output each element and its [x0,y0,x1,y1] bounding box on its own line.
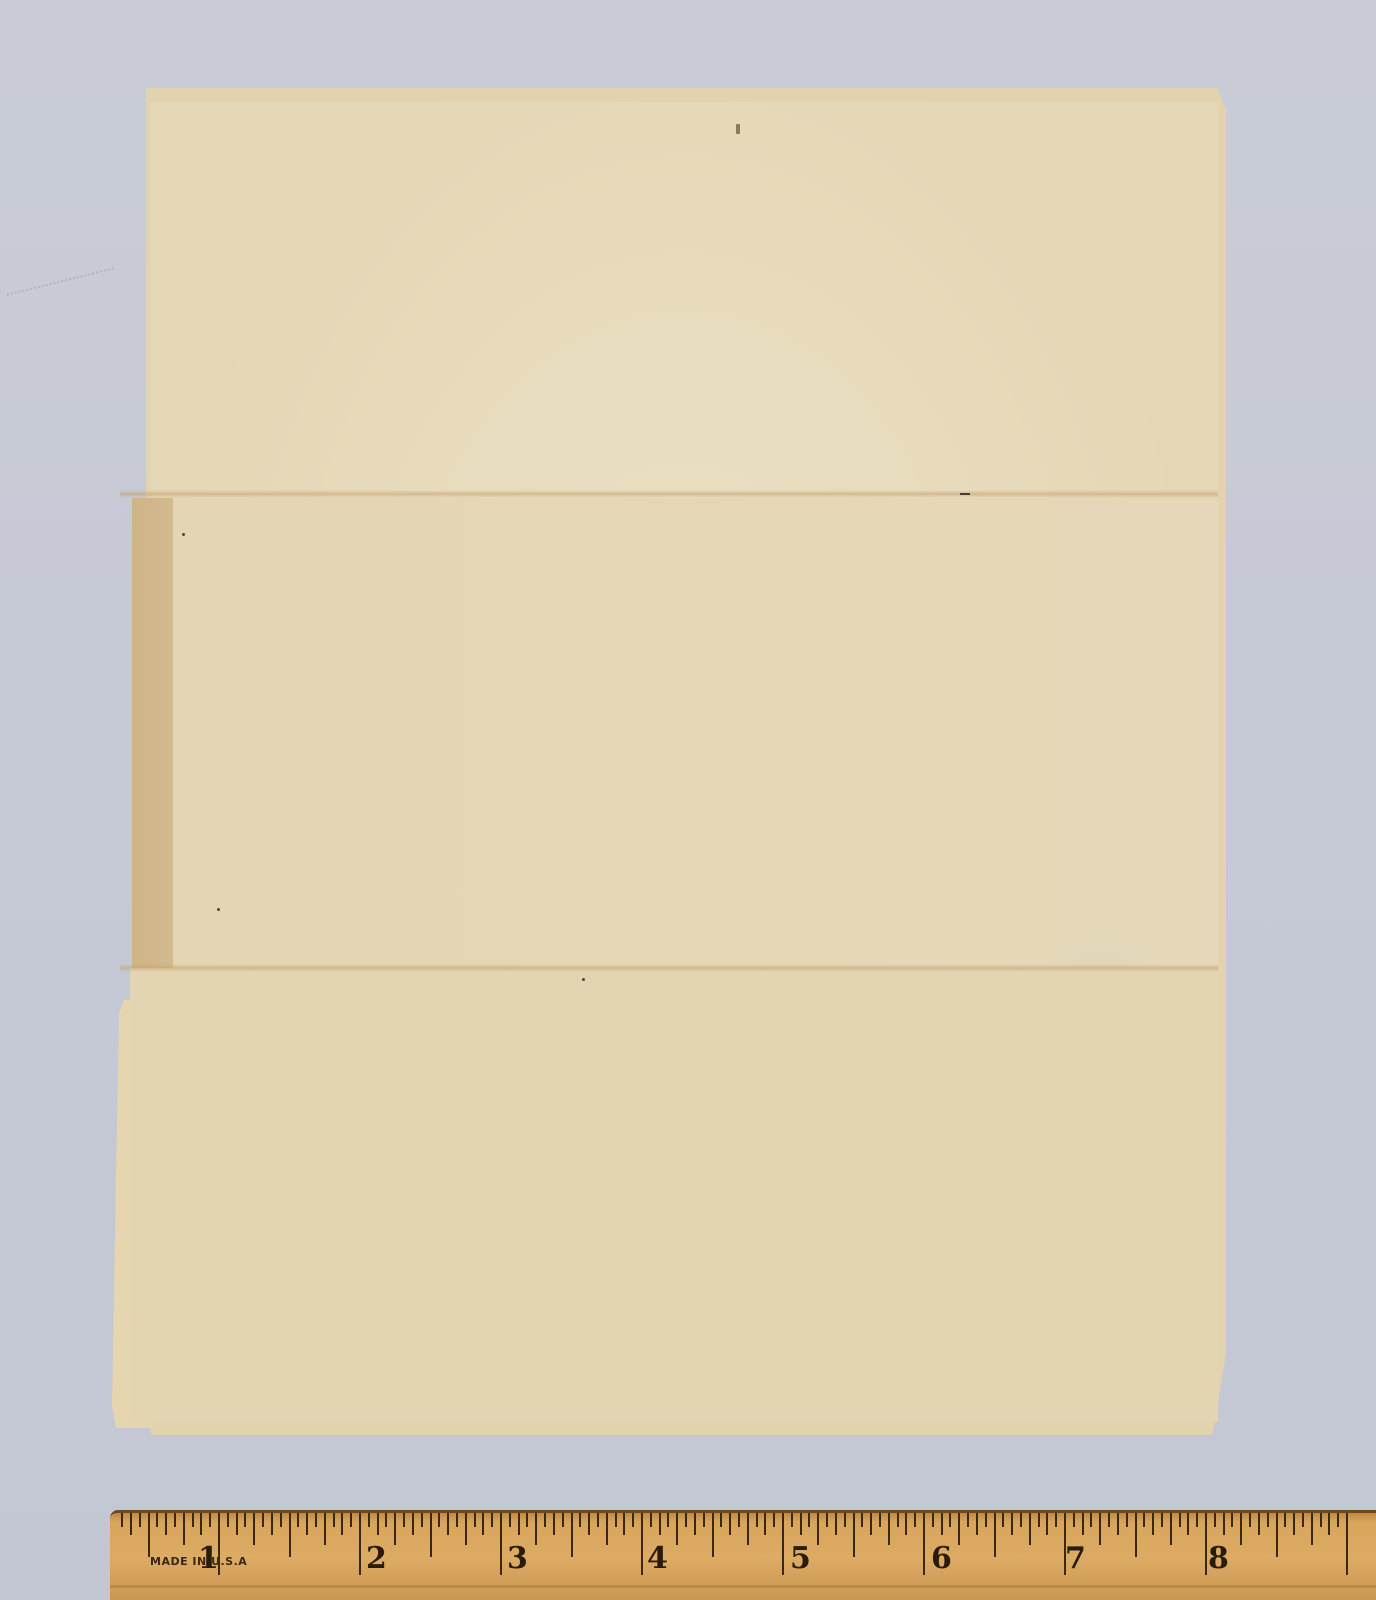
ruler-tick [262,1513,264,1527]
ruler-tick [1223,1513,1225,1535]
ruler-tick [641,1513,643,1575]
ruler-tick [341,1513,343,1535]
ruler-tick [579,1513,581,1527]
ruler-tick [932,1513,934,1527]
ruler-tick [1038,1513,1040,1527]
ruler-tick [1135,1513,1137,1557]
ruler-tick [385,1513,387,1527]
document-panel-middle: Jno. Randolph [132,498,1218,968]
ruler-tick [456,1513,458,1527]
ruler-tick [967,1513,969,1527]
ruler-tick [800,1513,802,1535]
fold-crease-upper [120,490,1218,498]
ruler-tick [888,1513,890,1545]
ruler-tick [526,1513,528,1527]
ruler-tick [729,1513,731,1535]
ruler-tick [1214,1513,1216,1527]
ruler-tick [976,1513,978,1535]
ruler-tick [808,1513,810,1527]
ruler-tick [156,1513,158,1527]
ruler-tick [139,1513,141,1527]
ruler-tick [835,1513,837,1535]
ruler-tick [1249,1513,1251,1527]
ruler-tick [773,1513,775,1527]
ruler-tick [209,1513,211,1527]
document-panel-bottom [130,968,1218,1422]
ruler-tick [1240,1513,1242,1545]
ruler-tick [280,1513,282,1527]
ruler-tick [1011,1513,1013,1535]
ruler-tick [121,1513,123,1527]
ruler-tick [553,1513,555,1535]
ink-speck [582,978,585,981]
ruler-tick [791,1513,793,1527]
ruler-tick [747,1513,749,1545]
ruler-tick [482,1513,484,1535]
ruler-tick [879,1513,881,1527]
ruler-tick [994,1513,996,1557]
ruler-tick [1126,1513,1128,1527]
ruler-tick [1337,1513,1339,1527]
ruler-tick [667,1513,669,1527]
ruler-tick [130,1513,132,1535]
ruler-tick [1284,1513,1286,1527]
ruler-tick [1258,1513,1260,1535]
ruler-tick [853,1513,855,1557]
ruler-tick [1311,1513,1313,1545]
inch-label-7: 7 [1065,1541,1086,1576]
ruler-tick [430,1513,432,1557]
ruler-tick [738,1513,740,1527]
ruler-tick [870,1513,872,1535]
ruler-tick [333,1513,335,1527]
ruler-tick [650,1513,652,1527]
ruler-tick [368,1513,370,1527]
ruler-tick [1002,1513,1004,1527]
ruler-tick [1276,1513,1278,1557]
ruler-tick [447,1513,449,1535]
ruler-tick [500,1513,502,1575]
ruler-tick [1231,1513,1233,1527]
ruler-tick [905,1513,907,1535]
ruler-tick [1020,1513,1022,1527]
crease-mark [960,493,970,495]
ruler-tick [1293,1513,1295,1535]
ruler-tick [861,1513,863,1527]
ruler-tick [1029,1513,1031,1545]
ruler-tick [817,1513,819,1545]
ruler-tick [509,1513,511,1527]
ruler-tick [227,1513,229,1527]
ruler-tick [1090,1513,1092,1527]
wood-grain [110,1585,1376,1588]
ruler-tick [359,1513,361,1575]
ruler-tick [244,1513,246,1527]
ruler-tick [412,1513,414,1535]
ruler-tick [1055,1513,1057,1527]
ruler-tick [941,1513,943,1535]
ruler-tick [949,1513,951,1527]
ruler-tick [1152,1513,1154,1535]
ruler-tick [1099,1513,1101,1545]
ruler-tick [914,1513,916,1527]
ruler-tick [1267,1513,1269,1527]
document-face: Jno. Randolph [150,102,1218,1422]
ruler-tick [703,1513,705,1527]
ruler-tick [897,1513,899,1527]
ruler-tick [694,1513,696,1535]
ruler-tick [474,1513,476,1527]
ruler-tick [297,1513,299,1527]
ruler-tick [623,1513,625,1535]
ruler-tick [535,1513,537,1545]
ruler-tick [782,1513,784,1575]
ruler-tick [764,1513,766,1535]
ruler-tick [562,1513,564,1527]
ruler-tick [438,1513,440,1527]
ruler-tick [253,1513,255,1545]
ruler-tick [1161,1513,1163,1527]
ruler-tick [421,1513,423,1527]
ruler-tick [324,1513,326,1545]
inch-label-5: 5 [790,1541,811,1576]
inch-label-3: 3 [507,1541,528,1576]
ruler-tick [659,1513,661,1535]
ruler-tick [306,1513,308,1535]
ruler-tick [491,1513,493,1527]
ruler-tick [544,1513,546,1527]
ruler-tick [756,1513,758,1527]
ink-speck [217,908,220,911]
ruler-tick [1082,1513,1084,1535]
ruler-tick [236,1513,238,1535]
ruler-tick [1187,1513,1189,1535]
inch-label-1: 1 [198,1541,219,1576]
ruler-tick [1328,1513,1330,1535]
inch-label-6: 6 [931,1541,952,1576]
ruler-tick [571,1513,573,1557]
wooden-ruler: MADE IN U.S.A 1 2 3 4 5 6 7 8 [110,1510,1376,1600]
ruler-tick [720,1513,722,1527]
ruler-tick [1205,1513,1207,1575]
ruler-tick [958,1513,960,1545]
ruler-tick [632,1513,634,1527]
inch-label-8: 8 [1208,1541,1229,1576]
ruler-tick [403,1513,405,1527]
ruler-tick [1117,1513,1119,1535]
ruler-tick [192,1513,194,1527]
ruler-tick [597,1513,599,1527]
document-panel-top [150,102,1218,497]
ruler-tick [606,1513,608,1545]
ruler-tick [1073,1513,1075,1527]
ruler-tick [315,1513,317,1527]
ruler-tick [1320,1513,1322,1527]
ruler-tick [676,1513,678,1545]
inch-label-2: 2 [366,1541,387,1576]
ruler-tick [588,1513,590,1535]
ruler-tick [183,1513,185,1545]
ruler-tick [174,1513,176,1527]
ruler-tick [1108,1513,1110,1527]
ruler-tick [844,1513,846,1527]
ruler-tick [518,1513,520,1535]
ruler-tick [271,1513,273,1535]
inch-label-4: 4 [647,1541,668,1576]
ruler-tick [1143,1513,1145,1527]
ruler-tick [1196,1513,1198,1527]
ruler-tick [165,1513,167,1535]
ruler-tick [923,1513,925,1575]
ruler-tick [685,1513,687,1527]
ruler-tick [826,1513,828,1527]
ruler-tick [1046,1513,1048,1535]
fold-crease-lower [120,964,1218,972]
ruler-tick [985,1513,987,1527]
ruler-tick [394,1513,396,1545]
pinhole [736,124,740,134]
ruler-tick [1302,1513,1304,1527]
ruler-tick [350,1513,352,1527]
ink-speck [182,533,185,536]
ruler-tick [289,1513,291,1557]
ruler-tick [712,1513,714,1557]
folded-document: Jno. Randolph [0,0,1376,1480]
ruler-tick [1346,1513,1348,1575]
ruler-tick [200,1513,202,1535]
ruler-tick [148,1513,150,1557]
ruler-tick [1170,1513,1172,1545]
ruler-tick [615,1513,617,1527]
ruler-tick [377,1513,379,1535]
ruler-tick [1179,1513,1181,1527]
ruler-tick [465,1513,467,1545]
